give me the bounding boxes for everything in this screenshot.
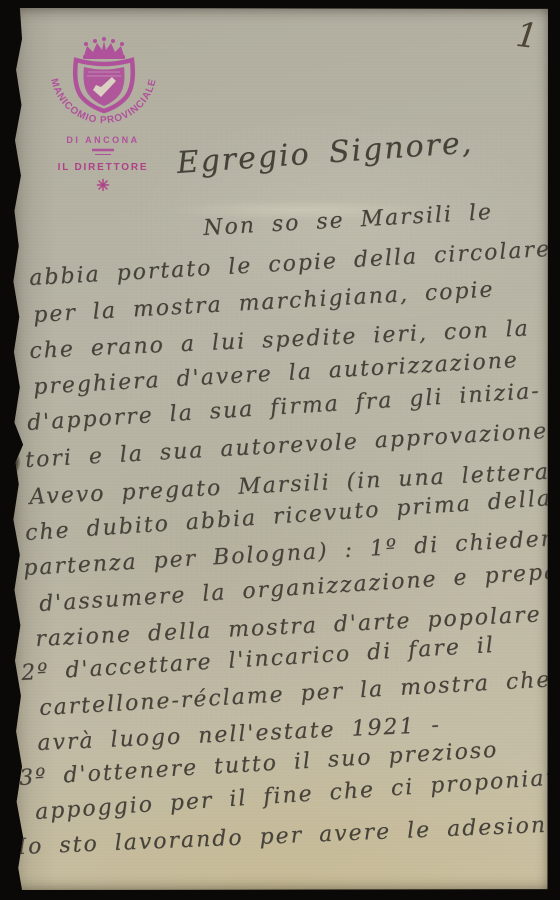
letterhead: MANICOMIO PROVINCIALE DI ANCONA IL DIRET…: [24, 28, 184, 200]
letterhead-role: IL DIRETTORE: [58, 162, 149, 173]
letter-paper: MANICOMIO PROVINCIALE DI ANCONA IL DIRET…: [8, 8, 548, 890]
letter-salutation: Egregio Signore,: [176, 125, 475, 181]
scan-background: MANICOMIO PROVINCIALE DI ANCONA IL DIRET…: [0, 0, 560, 900]
letterhead-location: DI ANCONA: [66, 135, 139, 145]
crown-icon: [83, 37, 125, 59]
page-number: 1: [514, 15, 540, 57]
shield-crest-icon: [75, 60, 133, 111]
letterhead-star-icon: [98, 180, 109, 191]
letterhead-rule: [92, 150, 114, 155]
paper-tear-mark: [6, 452, 22, 478]
